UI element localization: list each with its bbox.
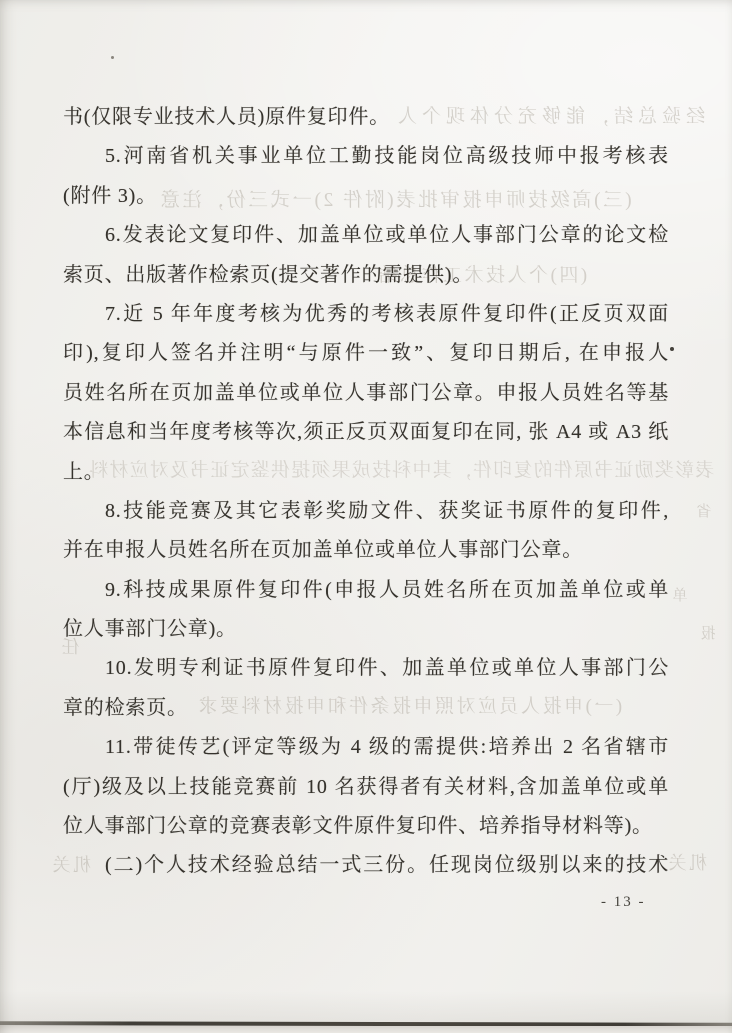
text-line: 本信息和当年度考核等次,须正反页双面复印在同, 张 A4 或 A3 纸 <box>63 413 669 452</box>
text-line: (附件 3)。 <box>63 177 669 216</box>
text-line: 员姓名所在页加盖单位或单位人事部门公章。申报人员姓名等基 <box>63 374 669 413</box>
text-line: 5.河南省机关事业单位工勤技能岗位高级技师中报考核表 <box>63 137 669 176</box>
bleedthrough-text: 省 <box>694 500 712 521</box>
text-line: (厅)级及以上技能竞赛前 10 名获得者有关材料,含加盖单位或单 <box>63 768 669 807</box>
text-line: (二)个人技术经验总结一式三份。任现岗位级别以来的技术 <box>63 846 669 885</box>
text-line: 6.发表论文复印件、加盖单位或单位人事部门公章的论文检 <box>63 216 669 255</box>
text-line: 8.技能竞赛及其它表彰奖励文件、获奖证书原件的复印件, <box>63 492 669 531</box>
text-line: 索页、出版著作检索页(提交著作的需提供)。 <box>63 256 669 295</box>
text-line: 上。 <box>63 453 669 492</box>
paper-bottom-shading <box>0 991 732 1025</box>
scanner-background-strip <box>0 1026 732 1033</box>
text-line: 11.带徒传艺(评定等级为 4 级的需提供:培养出 2 名省辖市 <box>63 728 669 767</box>
text-line: 10.发明专利证书原件复印件、加盖单位或单位人事部门公 <box>63 649 669 688</box>
scanned-page: 经验总结，能够充分体现个人 (三)高级技师申报审批表(附件 2)一式三份，注意 … <box>0 0 732 1033</box>
bleedthrough-text: 报 <box>698 622 716 643</box>
text-line: 书(仅限专业技术人员)原件复印件。 <box>63 98 669 137</box>
document-body: 书(仅限专业技术人员)原件复印件。 5.河南省机关事业单位工勤技能岗位高级技师中… <box>63 98 669 886</box>
text-line: 印),复印人签名并注明“与原件一致”、复印日期后, 在申报人 <box>63 334 669 373</box>
text-line: 位人事部门公章)。 <box>63 610 669 649</box>
text-line: 并在申报人员姓名所在页加盖单位或单位人事部门公章。 <box>63 531 669 570</box>
page-number: - 13 - <box>601 894 646 911</box>
bleedthrough-text: 单 <box>670 584 688 605</box>
text-line: 9.科技成果原件复印件(申报人员姓名所在页加盖单位或单 <box>63 571 669 610</box>
text-line: 位人事部门公章的竞赛表彰文件原件复印件、培养指导材料等)。 <box>63 807 669 846</box>
text-line: 章的检索页。 <box>63 689 669 728</box>
ink-speck <box>670 347 674 351</box>
ink-speck <box>111 56 114 59</box>
bleedthrough-text: 机关 <box>666 849 707 875</box>
text-line: 7.近 5 年年度考核为优秀的考核表原件复印件(正反页双面 <box>63 295 669 334</box>
